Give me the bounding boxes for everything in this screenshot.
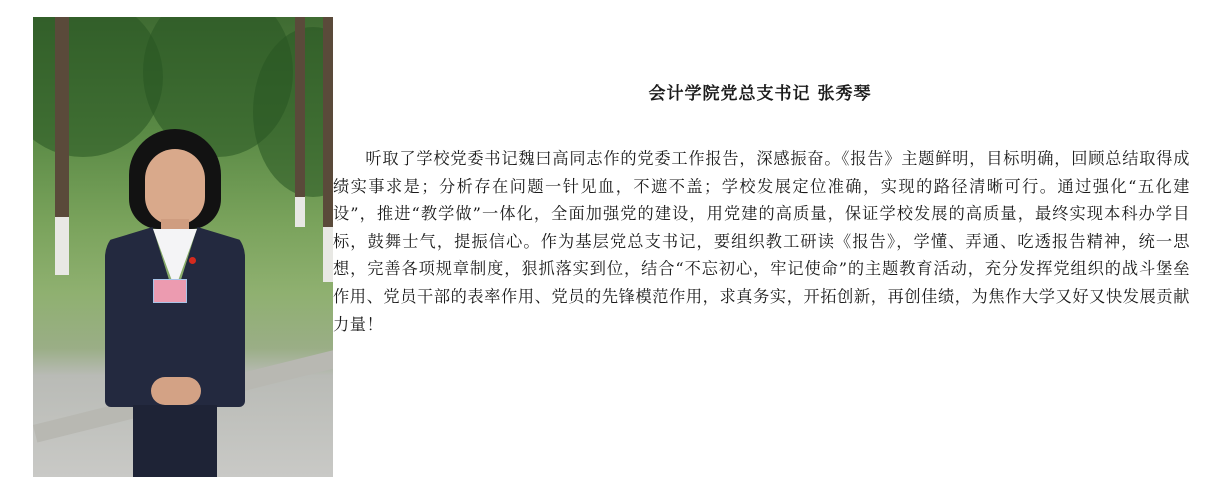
tree-trunk xyxy=(323,17,333,227)
party-pin xyxy=(189,257,196,264)
tree-trunk xyxy=(55,17,69,217)
article-title: 会计学院党总支书记 张秀琴 xyxy=(600,79,920,104)
tree-trunk-painted xyxy=(295,197,305,227)
trousers xyxy=(133,405,217,477)
hands xyxy=(151,377,201,405)
name-badge xyxy=(153,279,187,303)
face xyxy=(145,149,205,225)
article-body: 听取了学校党委书记魏曰高同志作的党委工作报告，深感振奋。《报告》主题鲜明，目标明… xyxy=(333,145,1190,338)
portrait-photo xyxy=(33,17,333,477)
tree-trunk-painted xyxy=(323,227,333,282)
tree-trunk xyxy=(295,17,305,197)
person xyxy=(105,129,245,477)
tree-trunk-painted xyxy=(55,217,69,275)
